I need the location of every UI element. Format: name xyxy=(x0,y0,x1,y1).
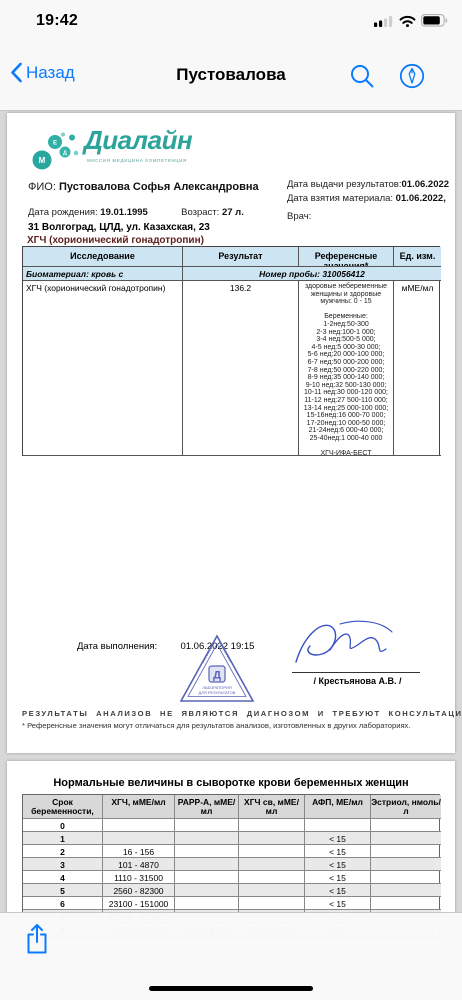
norms-cell-estriol xyxy=(371,871,441,884)
reference-line: 2-3 нед:100-1 000; xyxy=(302,329,390,337)
result-row: ХГЧ (хорионический гонадотропин) 136.2 з… xyxy=(23,281,439,456)
svg-text:Д: Д xyxy=(63,151,67,157)
norms-cell-afp: < 15 xyxy=(305,884,371,897)
wifi-icon xyxy=(399,15,416,27)
biomaterial-cell: Биоматериал: кровь с активатором xyxy=(23,267,183,281)
norms-header-cell: ХГЧ св, мМЕ/мл xyxy=(239,795,305,819)
norms-table-row: 0 xyxy=(23,819,439,832)
norms-header-cell: PAPP-A, мМЕ/мл xyxy=(175,795,239,819)
material-date-line: Дата взятия материала: 01.06.2022, xyxy=(287,193,446,204)
markup-button[interactable] xyxy=(399,63,425,89)
reference-line: 7-8 нед:50 000-220 000; xyxy=(302,367,390,375)
norms-cell-estriol xyxy=(371,845,441,858)
norms-table-row: 2 16 - 156 < 15 xyxy=(23,845,439,858)
norms-cell-week: 2 xyxy=(23,845,103,858)
norms-cell-papp xyxy=(175,845,239,858)
disclaimer-main: РЕЗУЛЬТАТЫ АНАЛИЗОВ НЕ ЯВЛЯЮТСЯ ДИАГНОЗО… xyxy=(22,709,440,718)
status-icons xyxy=(374,14,448,27)
doctor-signature-icon xyxy=(290,616,410,672)
page-title: Пустовалова xyxy=(0,65,462,85)
svg-text:М: М xyxy=(39,156,46,165)
norms-cell-papp xyxy=(175,832,239,845)
norms-cell-papp xyxy=(175,858,239,871)
reference-line: 8-9 нед:35 000-140 000; xyxy=(302,374,390,382)
results-header-cell: Референсные значения* xyxy=(299,247,394,267)
norms-table-row: 3 101 - 4870 < 15 xyxy=(23,858,439,871)
norms-cell-papp xyxy=(175,884,239,897)
reference-values-cell: здоровые небеременныеженщины и здоровыем… xyxy=(299,281,394,456)
reference-line: 1-2нед:50-300 xyxy=(302,321,390,329)
svg-text:Е: Е xyxy=(53,141,57,147)
issue-date-label: Дата выдачи результатов: xyxy=(287,179,402,190)
norms-cell-hcg-free xyxy=(239,897,305,910)
norms-cell-week: 6 xyxy=(23,897,103,910)
top-chrome: 19:42 Назад Пус xyxy=(0,0,462,111)
reference-line: ХГЧ-ИФА-БЕСТ xyxy=(302,450,390,456)
results-table: Исследование Результат Референсные значе… xyxy=(22,246,440,456)
norms-cell-hcg: 101 - 4870 xyxy=(103,858,175,871)
results-header-cell: Результат xyxy=(183,247,299,267)
norms-cell-estriol xyxy=(371,832,441,845)
norms-cell-hcg xyxy=(103,819,175,832)
stamp-center-letter: Д xyxy=(213,670,221,682)
search-button[interactable] xyxy=(349,63,375,89)
reference-line: 25-40нед:1 000-40 000 xyxy=(302,435,390,443)
disclaimer-note: * Референсные значения могут отличаться … xyxy=(22,721,440,730)
battery-icon xyxy=(421,14,448,27)
issue-date-value: 01.06.2022 xyxy=(402,179,450,190)
reference-line xyxy=(302,442,390,450)
norms-cell-hcg-free xyxy=(239,832,305,845)
norms-cell-estriol xyxy=(371,858,441,871)
norms-table-row: 6 23100 - 151000 < 15 xyxy=(23,897,439,910)
norms-cell-estriol xyxy=(371,819,441,832)
result-value-cell: 136.2 xyxy=(183,281,299,456)
reference-line: 10-11 нед:30 000-120 000; xyxy=(302,389,390,397)
reference-line: 21-24нед:6 000-40 000; xyxy=(302,427,390,435)
reference-line: 17-20нед:10 000-50 000; xyxy=(302,420,390,428)
doctor-line: Врач: xyxy=(287,211,311,222)
reference-line: Беременные: xyxy=(302,313,390,321)
norms-cell-hcg: 1110 - 31500 xyxy=(103,871,175,884)
lab-stamp-icon: Д ЛАБОРАТОРИЯ ДЛЯ РЕЗУЛЬТАТОВ xyxy=(177,633,257,707)
document-page-1[interactable]: М Е Д Диалайн МИССИЯ МЕДИЦИНА КОМПЕТЕНЦИ… xyxy=(7,113,455,753)
norms-cell-afp: < 15 xyxy=(305,832,371,845)
results-header-cell: Ед. изм. xyxy=(394,247,441,267)
norms-cell-hcg-free xyxy=(239,884,305,897)
status-time: 19:42 xyxy=(36,12,78,30)
norms-cell-hcg: 23100 - 151000 xyxy=(103,897,175,910)
norms-cell-afp: < 15 xyxy=(305,897,371,910)
cellular-signal-icon xyxy=(374,15,394,27)
sample-number-cell: Номер пробы: 310056412 xyxy=(183,267,441,281)
norms-cell-hcg: 2560 - 82300 xyxy=(103,884,175,897)
norms-header-cell: Эстриол, нмоль/л xyxy=(371,795,441,819)
test-name-cell: ХГЧ (хорионический гонадотропин) xyxy=(23,281,183,456)
norms-cell-papp xyxy=(175,819,239,832)
reference-line: 3-4 нед:500-5 000; xyxy=(302,336,390,344)
age-value: 27 л. xyxy=(222,207,244,218)
norms-cell-hcg-free xyxy=(239,845,305,858)
biomaterial-row: Биоматериал: кровь с активатором Номер п… xyxy=(23,267,439,281)
norms-cell-estriol xyxy=(371,884,441,897)
norms-header-cell: АФП, МЕ/мл xyxy=(305,795,371,819)
age-label: Возраст: xyxy=(181,207,219,218)
logo-tagline: МИССИЯ МЕДИЦИНА КОМПЕТЕНЦИЯ xyxy=(87,158,187,163)
results-table-header: Исследование Результат Референсные значе… xyxy=(23,247,439,267)
norms-cell-hcg-free xyxy=(239,871,305,884)
norms-cell-hcg-free xyxy=(239,819,305,832)
reference-line: 13-14 нед:25 000-100 000; xyxy=(302,405,390,413)
reference-line: женщины и здоровые xyxy=(302,291,390,299)
share-button[interactable] xyxy=(24,923,50,955)
stamp-text-line2: ДЛЯ РЕЗУЛЬТАТОВ xyxy=(199,690,236,695)
execution-date-label: Дата выполнения: xyxy=(77,641,157,652)
norms-cell-afp: < 15 xyxy=(305,871,371,884)
test-section-title: ХГЧ (хорионический гонадотропин) xyxy=(27,235,204,246)
norms-table-row: 4 1110 - 31500 < 15 xyxy=(23,871,439,884)
signature-name: / Крестьянова А.В. / xyxy=(295,676,420,686)
norms-cell-week: 3 xyxy=(23,858,103,871)
norms-header-cell: ХГЧ, мМЕ/мл xyxy=(103,795,175,819)
dialine-logo-icon: М Е Д xyxy=(31,129,83,173)
reference-line: 15-16нед:16 000-70 000; xyxy=(302,412,390,420)
phone-screen: 19:42 Назад Пус xyxy=(0,0,462,1000)
birth-label: Дата рождения: xyxy=(28,207,98,218)
norms-table-header: Срок беременности, нед. ХГЧ, мМЕ/мл PAPP… xyxy=(23,795,439,819)
signature-line xyxy=(292,672,420,673)
norms-cell-week: 0 xyxy=(23,819,103,832)
patient-name-line: ФИО: Пустовалова Софья Александровна xyxy=(28,181,259,193)
reference-line: 9-10 нед:32 500-130 000; xyxy=(302,382,390,390)
bottom-toolbar xyxy=(0,912,462,1000)
clinic-address: 31 Волгоград, ЦЛД, ул. Казахская, 23 xyxy=(28,222,210,233)
reference-line: мужчины: 0 - 15 xyxy=(302,298,390,306)
home-indicator[interactable] xyxy=(149,986,313,991)
norms-cell-estriol xyxy=(371,897,441,910)
reference-line: 11-12 нед:27 500-110 000; xyxy=(302,397,390,405)
norms-cell-afp: < 15 xyxy=(305,845,371,858)
norms-cell-afp: < 15 xyxy=(305,858,371,871)
reference-line: здоровые небеременные xyxy=(302,283,390,291)
norms-cell-week: 4 xyxy=(23,871,103,884)
norms-cell-hcg xyxy=(103,832,175,845)
material-date-label: Дата взятия материала: xyxy=(287,193,393,204)
fio-value: Пустовалова Софья Александровна xyxy=(59,181,259,193)
material-date-value: 01.06.2022, xyxy=(396,193,446,204)
norms-table-row: 1 < 15 xyxy=(23,832,439,845)
birth-line: Дата рождения: 19.01.1995 Возраст: 27 л. xyxy=(28,207,244,218)
reference-line xyxy=(302,306,390,314)
norms-cell-hcg-free xyxy=(239,858,305,871)
fio-label: ФИО: xyxy=(28,181,56,193)
norms-table-title: Нормальные величины в сыворотке крови бе… xyxy=(7,777,455,789)
norms-cell-week: 5 xyxy=(23,884,103,897)
norms-table-row: 5 2560 - 82300 < 15 xyxy=(23,884,439,897)
reference-line: 6-7 нед:50 000-200 000; xyxy=(302,359,390,367)
issue-date-line: Дата выдачи результатов:01.06.2022 xyxy=(287,179,449,190)
norms-cell-papp xyxy=(175,871,239,884)
reference-line: 4-5 нед:5 000-30 000; xyxy=(302,344,390,352)
norms-cell-hcg: 16 - 156 xyxy=(103,845,175,858)
norms-cell-week: 1 xyxy=(23,832,103,845)
unit-cell: мМЕ/мл xyxy=(394,281,441,456)
birth-value: 19.01.1995 xyxy=(100,207,148,218)
dialine-logo-wordmark: Диалайн xyxy=(84,125,192,156)
norms-cell-afp xyxy=(305,819,371,832)
norms-header-cell: Срок беременности, нед. xyxy=(23,795,103,819)
results-header-cell: Исследование xyxy=(23,247,183,267)
reference-line: 5-6 нед:20 000-100 000; xyxy=(302,351,390,359)
norms-cell-papp xyxy=(175,897,239,910)
